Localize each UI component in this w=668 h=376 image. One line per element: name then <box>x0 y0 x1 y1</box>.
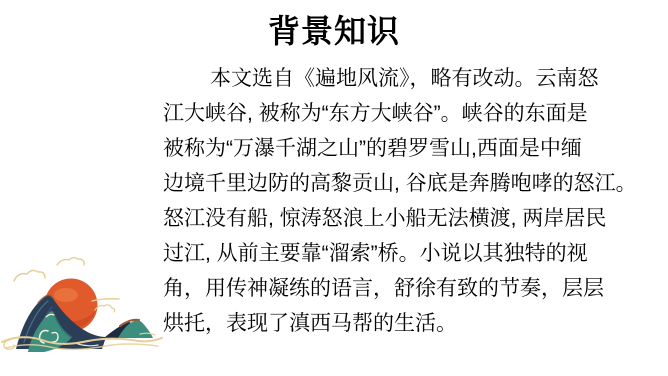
cloud-top-icon <box>57 258 84 265</box>
sun-highlight <box>54 288 78 302</box>
cloud-left-icon <box>14 270 45 281</box>
body-line: 边境千里边防的高黎贡山, 谷底是奔腾咆哮的怒江。 <box>163 166 663 201</box>
body-paragraph: 本文选自《遍地风流》，略有改动。云南怒 江大峡谷, 被称为“东方大峡谷”。峡谷的… <box>163 61 663 341</box>
sunrise-waves-illustration <box>0 252 165 357</box>
body-line: 本文选自《遍地风流》，略有改动。云南怒 <box>163 61 663 96</box>
slide-title: 背景知识 <box>0 6 668 52</box>
body-line: 怒江没有船, 惊涛怒浪上小船无法横渡, 两岸居民 <box>163 201 663 236</box>
body-line: 烘托，表现了滇西马帮的生活。 <box>163 306 663 341</box>
body-line: 过江, 从前主要靠“溜索”桥。小说以其独特的视 <box>163 236 663 271</box>
body-line: 角，用传神凝练的语言，舒徐有致的节奏，层层 <box>163 271 663 306</box>
body-line: 江大峡谷, 被称为“东方大峡谷”。峡谷的东面是 <box>163 96 663 131</box>
slide: 背景知识 本文选自《遍地风流》，略有改动。云南怒 江大峡谷, 被称为“东方大峡谷… <box>0 0 668 376</box>
cloud-small-icon <box>95 305 115 312</box>
body-line: 被称为“万瀑千湖之山”的碧罗雪山,西面是中缅 <box>163 131 663 166</box>
